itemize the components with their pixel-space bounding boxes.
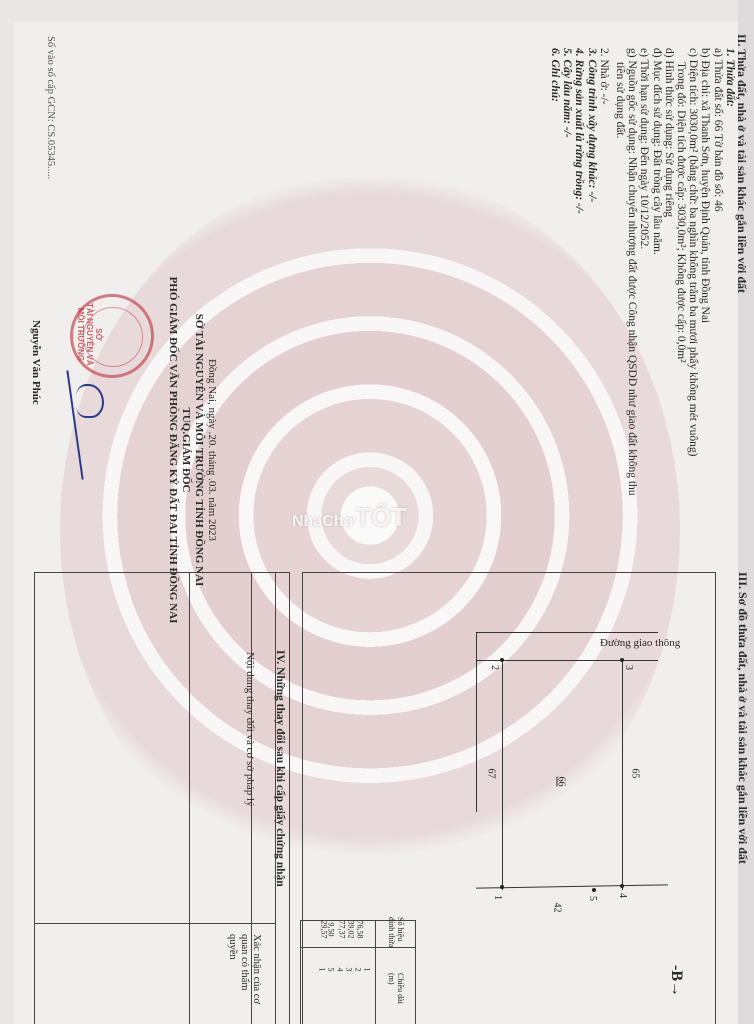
table-header-length: Chiều dài (m) <box>385 973 405 1009</box>
table-cell-vertex: 5 <box>327 968 336 972</box>
vertex-3 <box>620 658 624 662</box>
neighbor-parcel-65: 65 <box>630 769 641 779</box>
table-cell-vertex: 1 <box>318 968 327 972</box>
land-heading: 1. Thửa đất: <box>724 34 736 454</box>
signer-name: Nguyễn Văn Phúc <box>30 320 42 405</box>
vertex-label-4: 4 <box>617 893 628 898</box>
section-3-title: III. Sơ đồ thửa đất, nhà ở và tài sản kh… <box>735 572 750 864</box>
vertex-length-table: Số hiệu đỉnh thửa Chiều dài (m) 176,5823… <box>300 920 416 1024</box>
road-label: Đường giao thông <box>600 637 680 649</box>
land-info-line: d) Hình thức sử dụng: Sử dụng riêng <box>663 34 675 454</box>
land-info-line: đ) Mục đích sử dụng: Đất trồng cây lâu n… <box>650 34 662 454</box>
land-info-line: e) Thời hạn sử dụng: Đến ngày 10/12/2052… <box>638 34 650 454</box>
section-4-col-confirmation: Xác nhận của cơ quan có thẩm quyền <box>226 934 262 1014</box>
property-item: 2. Nhà ở: -/- <box>598 34 610 454</box>
table-cell-length: 29,57 <box>320 921 329 939</box>
section-2-land-info: II. Thửa đất, nhà ở và tài sản khác gắn … <box>549 34 748 454</box>
table-cell-length: 76,58 <box>356 921 365 939</box>
vertex-label-5: 5 <box>587 896 598 901</box>
north-arrow-icon: -B→ <box>667 965 685 997</box>
table-cell-vertex: 2 <box>354 968 363 972</box>
road-edge-outer <box>476 632 477 812</box>
watermark: NhaChợTỐT <box>292 502 407 533</box>
table-cell-vertex: 3 <box>345 968 354 972</box>
table-cell-vertex: 4 <box>336 968 345 972</box>
property-item: 3. Công trình xây dựng khác: -/- <box>585 34 597 454</box>
section-4-title: IV. Những thay đổi sau khi cấp giấy chứn… <box>274 650 286 887</box>
table-cell-vertex: 1 <box>363 968 372 972</box>
property-item: 4. Rừng sản xuất là rừng trồng: -/- <box>573 34 585 454</box>
vertex-1 <box>500 885 504 889</box>
official-stamp: SỞTÀI NGUYÊN VÀMÔI TRƯỜNG <box>70 294 154 378</box>
serial-number: Số vào sổ cấp GCN: CS.05345..... <box>45 36 56 179</box>
signature-scribble <box>76 384 104 418</box>
vertex-5 <box>592 888 596 892</box>
parcel-number-label: 66 <box>556 777 567 787</box>
parcel-edge-3-4 <box>622 662 623 890</box>
table-cell-length: 77,37 <box>338 921 347 939</box>
road-edge-outer-line <box>476 632 658 633</box>
property-item: 5. Cây lâu năm: -/- <box>561 34 573 454</box>
neighbor-parcel-67: 67 <box>486 769 497 779</box>
land-info-line: tiền sử dụng đất. <box>614 34 626 454</box>
vertex-label-3: 3 <box>623 665 634 670</box>
land-info-line: g) Nguồn gốc sử dụng: Nhận chuyển nhượng… <box>626 34 638 454</box>
land-info-line: a) Thửa đất số: 66 Tờ bản đồ số: 46 <box>711 34 723 454</box>
land-info-line: Trong đó: Diện tích được cấp: 3030,0m²; … <box>675 34 687 454</box>
section-4-col-content: Nội dung thay đổi và cơ sở pháp lý <box>244 652 256 807</box>
neighbor-parcel-42: 42 <box>552 903 563 913</box>
vertex-2 <box>500 658 504 662</box>
table-header-vertex: Số hiệu đỉnh thửa <box>385 917 405 953</box>
vertex-label-2: 2 <box>489 665 500 670</box>
vertex-4 <box>620 884 624 888</box>
stamp-text: SỞTÀI NGUYÊN VÀMÔI TRƯỜNG <box>76 303 103 366</box>
land-info-line: b) Địa chỉ: xã Thanh Sơn, huyện Định Quá… <box>699 34 711 454</box>
vertex-label-1: 1 <box>492 895 503 900</box>
property-item: 6. Ghi chú: <box>549 34 561 454</box>
parcel-edge-2-1 <box>502 662 503 890</box>
table-cell-length: 39,02 <box>347 921 356 939</box>
section-2-title: II. Thửa đất, nhà ở và tài sản khác gắn … <box>736 34 748 454</box>
land-info-line: c) Diện tích: 3030,0m² (bằng chữ: ba ngh… <box>687 34 699 454</box>
